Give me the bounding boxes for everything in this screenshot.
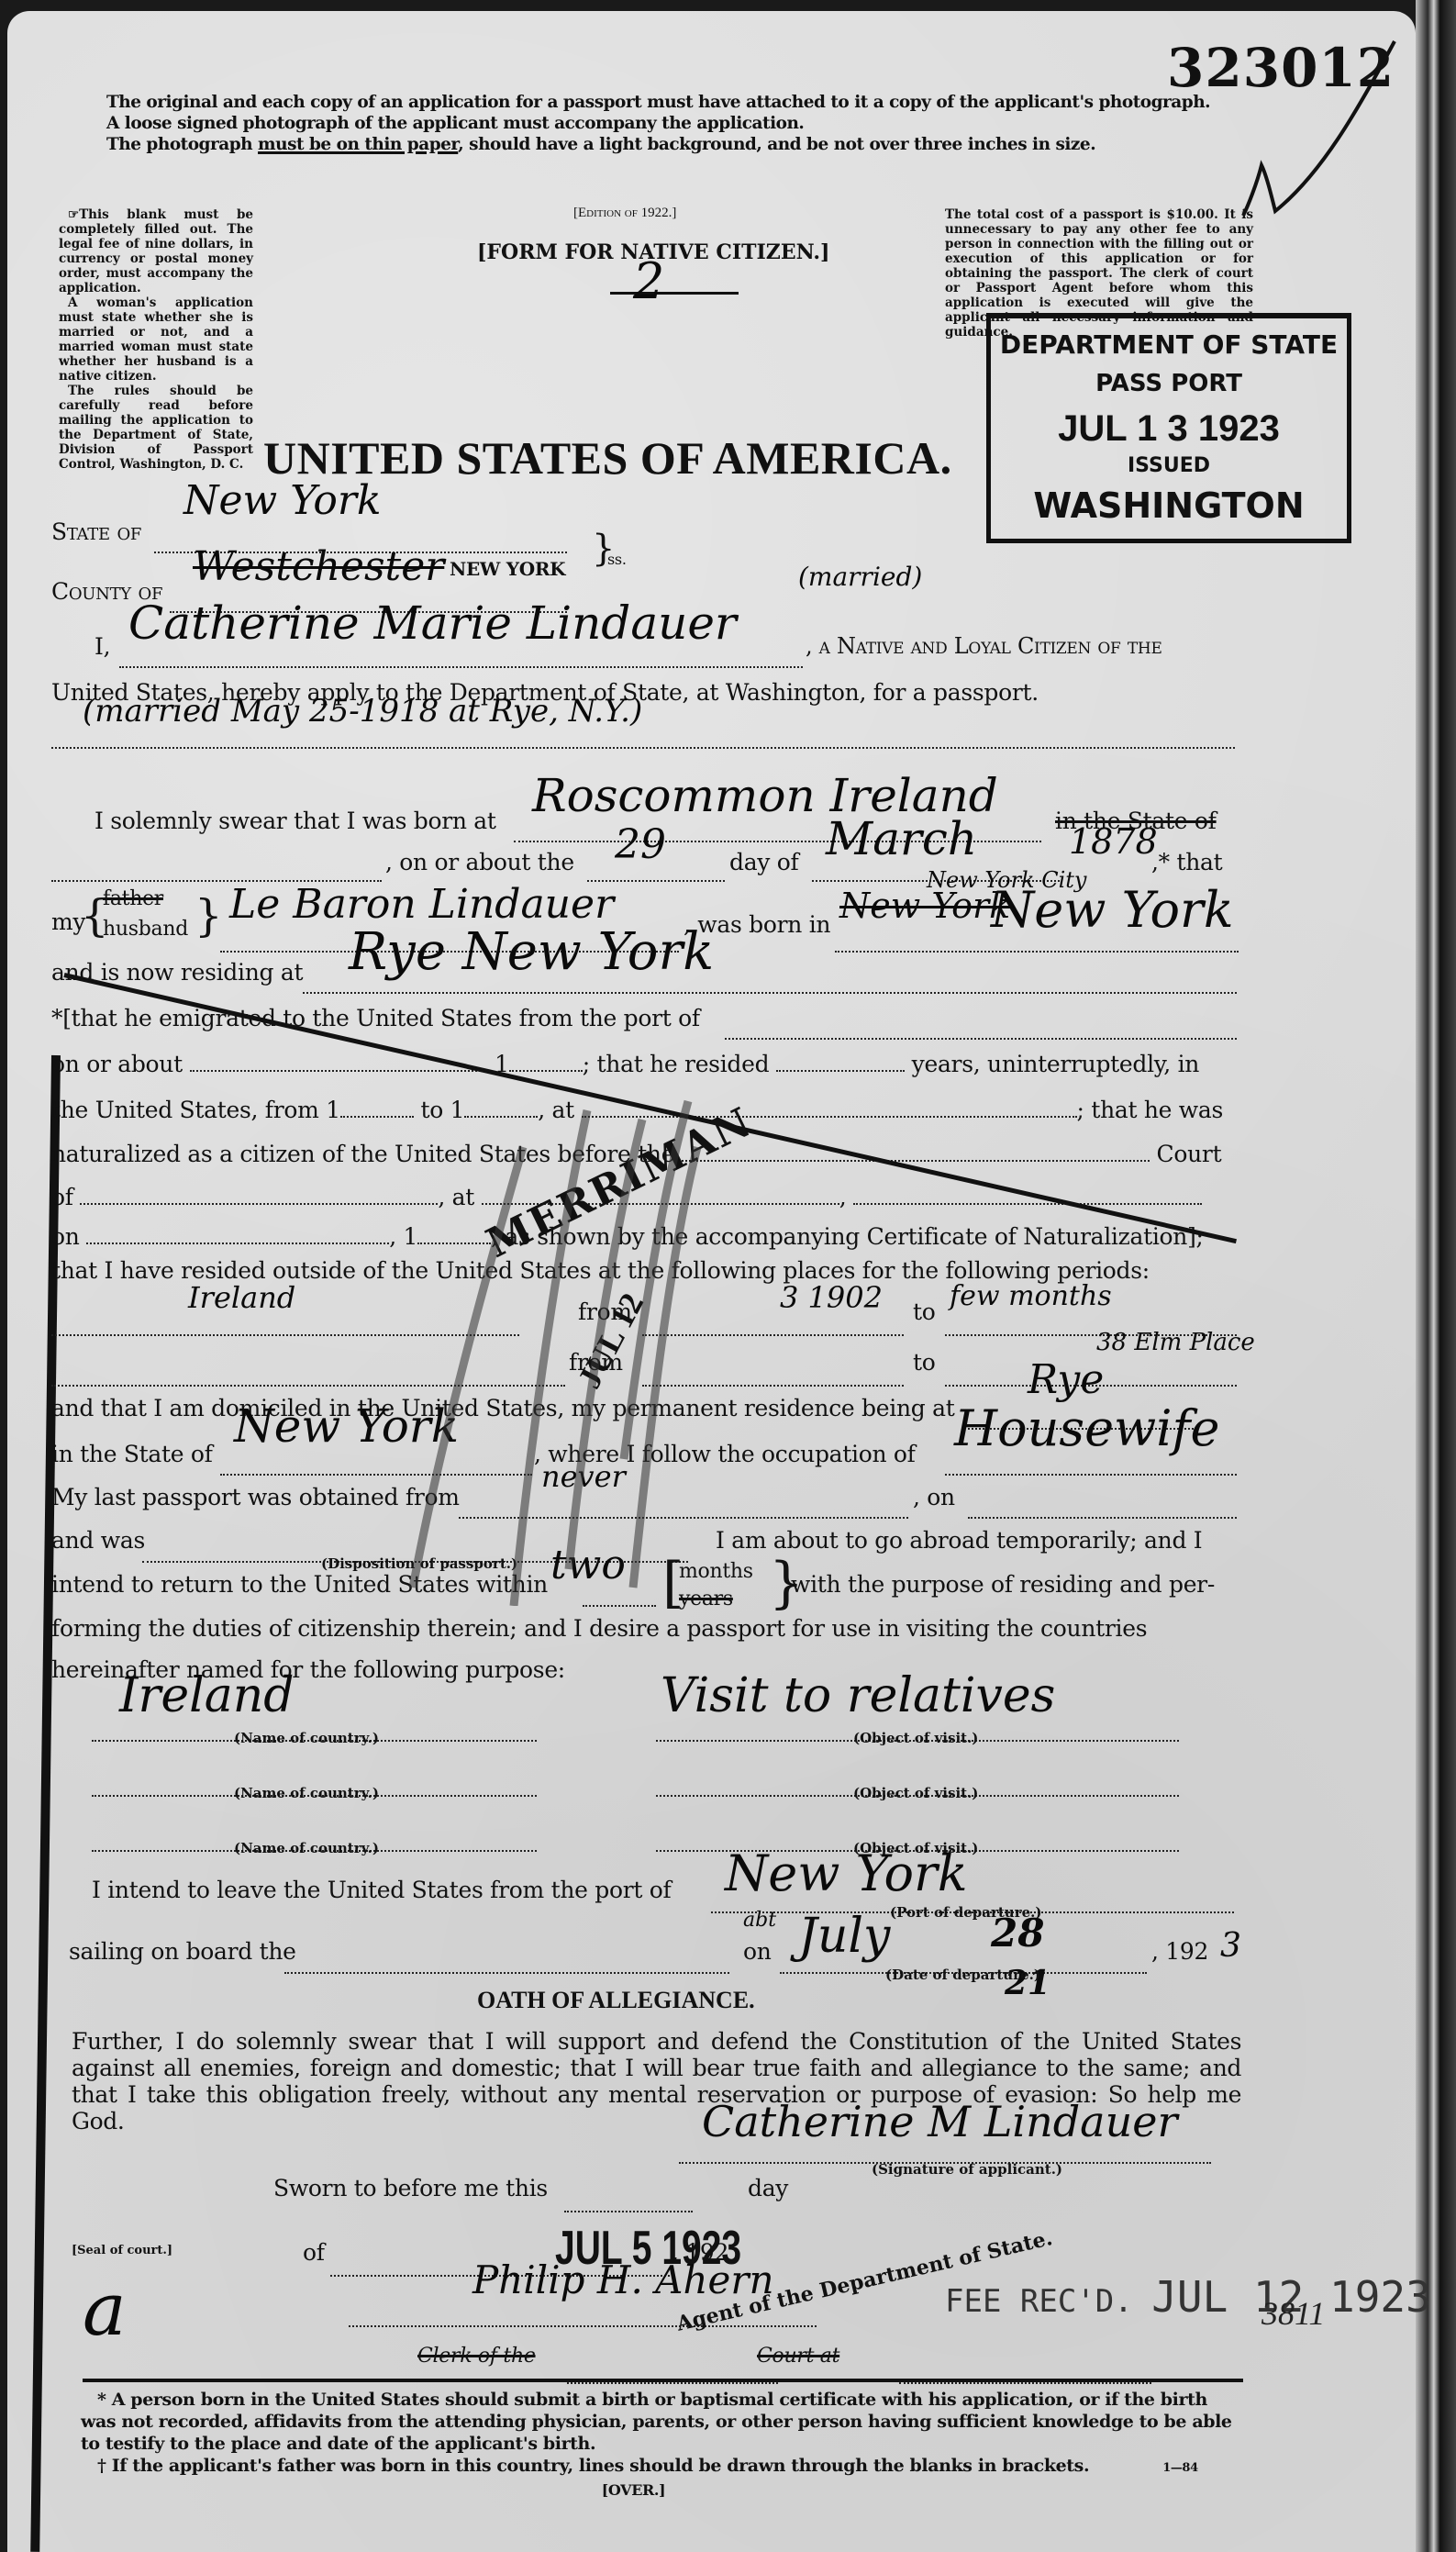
footnote-divider — [83, 2379, 1243, 2382]
checkmark-annotation — [1239, 37, 1413, 220]
applicant-prefix: I, — [94, 633, 110, 660]
applicant-name-field[interactable]: Catherine Marie Lindauer — [128, 596, 737, 650]
marriage-note[interactable]: (married May 25-1918 at Rye, N.Y.) — [83, 693, 642, 730]
page-binding-edge — [1416, 0, 1456, 2552]
husband-birthplace-field[interactable]: New York — [991, 881, 1234, 939]
applicant-signature[interactable]: Catherine M Lindauer — [702, 2097, 1177, 2146]
state-label: State of — [51, 518, 141, 545]
object-field-1[interactable]: Visit to relatives — [661, 1668, 1055, 1723]
side-number: 3811 — [1261, 2294, 1325, 2333]
pencil-scribble — [385, 1092, 752, 1606]
notice-line-1: The original and each copy of an applica… — [106, 92, 1210, 113]
birth-month-field[interactable]: March — [826, 812, 977, 865]
form-type-rule — [610, 292, 739, 295]
port-of-departure-field[interactable]: New York — [725, 1844, 968, 1902]
departure-month-field[interactable]: July — [798, 1909, 890, 1964]
county-stamp[interactable]: NEW YORK — [450, 558, 565, 580]
husband-residence-field[interactable]: Rye New York — [349, 922, 714, 982]
edition-label: [Edition of 1922.] — [573, 206, 676, 221]
residence-place-1[interactable]: Ireland — [188, 1280, 295, 1315]
state-field[interactable]: New York — [183, 477, 382, 524]
notice-line-2: A loose signed photograph of the applica… — [106, 113, 1210, 134]
occupation-field[interactable]: Housewife — [954, 1399, 1220, 1457]
departure-year-field[interactable]: 3 — [1220, 1927, 1241, 1965]
birth-year-field[interactable]: 1878 — [1069, 821, 1158, 862]
fee-received-stamp: FEE REC'D. JUL 12 1923 — [945, 2272, 1431, 2322]
ss-label: ss. — [607, 551, 627, 568]
notice-line-3: The photograph must be on thin paper, sh… — [106, 134, 1210, 155]
form-mark: 2 — [633, 252, 664, 310]
passport-issued-stamp: DEPARTMENT OF STATE PASS PORT JUL 1 3 19… — [986, 313, 1351, 543]
citizen-declaration: , a Native and Loyal Citizen of the — [806, 633, 1162, 659]
departure-day-field[interactable]: 28 — [991, 1911, 1044, 1956]
oath-title: OATH OF ALLEGIANCE. — [477, 1987, 755, 2014]
father-option-struck: father — [103, 887, 163, 910]
marital-status-note: (married) — [798, 562, 922, 592]
agent-signature[interactable]: Philip H. Ahern — [472, 2257, 774, 2302]
residence-from-1[interactable]: 3 1902 — [780, 1280, 883, 1315]
domicile-city-field[interactable]: Rye — [1028, 1356, 1104, 1403]
husband-option: husband — [103, 918, 188, 941]
fee-instructions: ☞This blank must be completely filled ou… — [59, 207, 253, 472]
born-at-label: I solemnly swear that I was born at — [94, 808, 496, 834]
residence-to-1[interactable]: few months — [950, 1280, 1112, 1312]
seal-label: [Seal of court.] — [72, 2244, 172, 2257]
birth-day-field[interactable]: 29 — [615, 821, 666, 868]
country-field-1[interactable]: Ireland — [119, 1668, 295, 1723]
photo-notice: The original and each copy of an applica… — [106, 92, 1210, 155]
footnotes: * A person born in the United States sho… — [81, 2389, 1241, 2502]
husband-name-field[interactable]: Le Baron Lindauer — [229, 881, 614, 928]
residence-address-note[interactable]: 38 Elm Place — [1096, 1329, 1255, 1356]
county-struck-value: Westchester — [193, 543, 444, 590]
